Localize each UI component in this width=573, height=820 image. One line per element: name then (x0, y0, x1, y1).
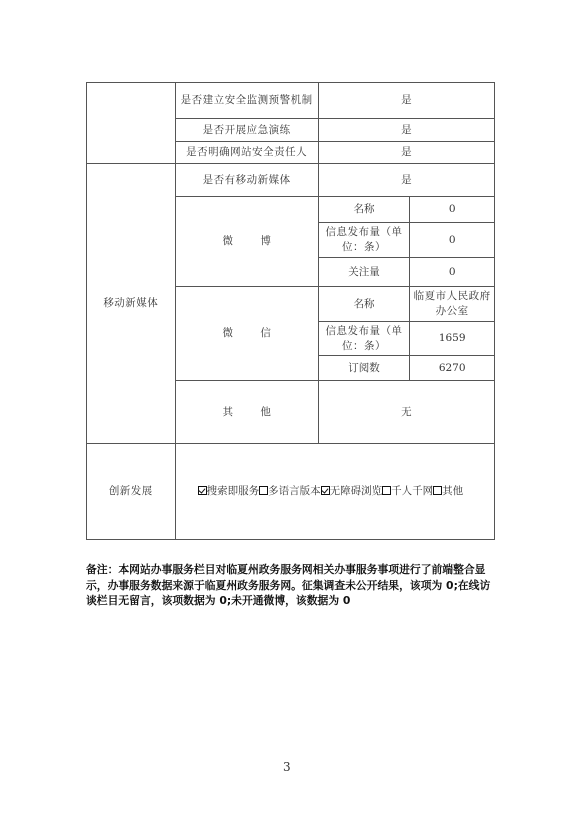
wechat-label: 微 信 (175, 287, 318, 381)
other-value: 无 (318, 381, 494, 444)
wechat-posts-label: 信息发布量（单位：条） (318, 322, 410, 356)
checkbox-empty-icon (382, 486, 391, 495)
drill-value: 是 (318, 119, 494, 142)
option-accessibility: 无障碍浏览 (321, 485, 383, 497)
innovation-section-label: 创新发展 (87, 444, 176, 540)
weibo-name-value: 0 (410, 197, 495, 223)
checkbox-empty-icon (259, 486, 268, 495)
responsible-label: 是否明确网站安全责任人 (175, 142, 318, 164)
wechat-subs-value: 6270 (410, 356, 495, 381)
checkbox-checked-icon (198, 486, 207, 495)
monitoring-value: 是 (318, 83, 494, 119)
page-number: 3 (283, 760, 291, 774)
website-report-table: 是否建立安全监测预警机制 是 是否开展应急演练 是 是否明确网站安全责任人 是 … (86, 82, 495, 540)
monitoring-label: 是否建立安全监测预警机制 (175, 83, 318, 119)
wechat-posts-value: 1659 (410, 322, 495, 356)
weibo-follow-label: 关注量 (318, 258, 410, 287)
drill-label: 是否开展应急演练 (175, 119, 318, 142)
document-page: 是否建立安全监测预警机制 是 是否开展应急演练 是 是否明确网站安全责任人 是 … (0, 0, 573, 820)
weibo-posts-label: 信息发布量（单位：条） (318, 223, 410, 258)
option-other: 其他 (433, 485, 463, 497)
wechat-name-label: 名称 (318, 287, 410, 322)
checkbox-checked-icon (321, 486, 330, 495)
option-multilingual: 多语言版本 (259, 485, 321, 497)
weibo-label: 微 博 (175, 197, 318, 287)
mobile-has-value: 是 (318, 164, 494, 197)
mobile-has-label: 是否有移动新媒体 (175, 164, 318, 197)
innovation-options: 搜索即服务多语言版本无障碍浏览千人千网其他 (175, 444, 494, 540)
weibo-name-label: 名称 (318, 197, 410, 223)
security-section-cell (87, 83, 176, 164)
responsible-value: 是 (318, 142, 494, 164)
remarks-note: 备注：本网站办事服务栏目对临夏州政务服务网相关办事服务事项进行了前端整合显示，办… (86, 562, 496, 609)
other-label: 其 他 (175, 381, 318, 444)
weibo-posts-value: 0 (410, 223, 495, 258)
checkbox-empty-icon (433, 486, 442, 495)
wechat-subs-label: 订阅数 (318, 356, 410, 381)
weibo-follow-value: 0 (410, 258, 495, 287)
wechat-name-value: 临夏市人民政府办公室 (410, 287, 495, 322)
option-search-service: 搜索即服务 (198, 485, 260, 497)
mobile-section-label: 移动新媒体 (87, 164, 176, 444)
option-personalized: 千人千网 (382, 485, 433, 497)
